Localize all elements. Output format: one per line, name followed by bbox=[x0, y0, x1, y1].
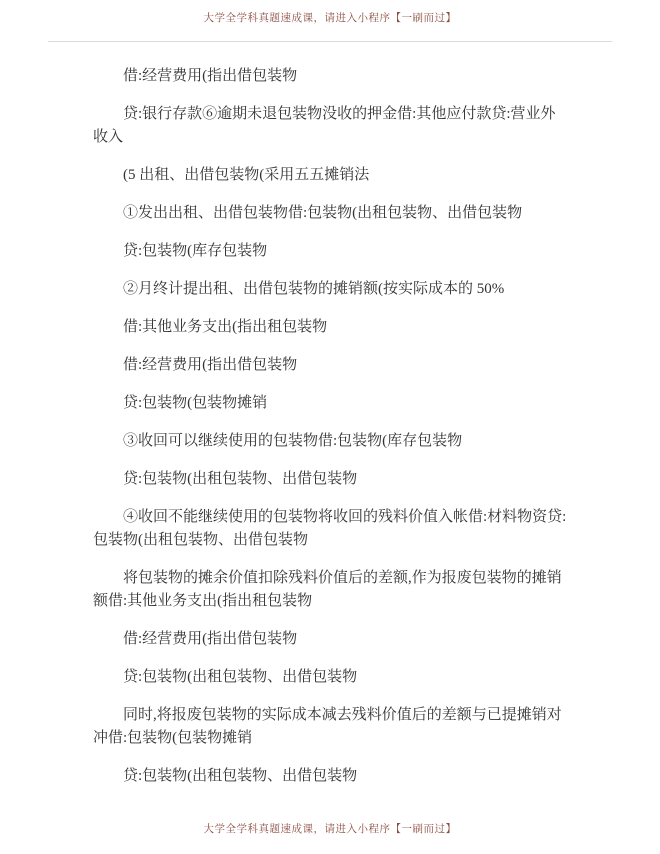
paragraph: 借:经营费用(指出借包装物 bbox=[93, 65, 567, 88]
paragraph: 借:经营费用(指出借包装物 bbox=[93, 628, 567, 651]
paragraph: ④收回不能继续使用的包装物将收回的残料价值入帐借:材料物资贷:包装物(出租包装物… bbox=[93, 506, 567, 552]
paragraph: ①发出出租、出借包装物借:包装物(出租包装物、出借包装物 bbox=[93, 202, 567, 225]
paragraph: 贷:包装物(包装物摊销 bbox=[93, 392, 567, 415]
page-footer: 大学全学科真题速成课，请进入小程序【一刷而过】 bbox=[0, 824, 660, 854]
document-body: 借:经营费用(指出借包装物 贷:银行存款⑥逾期未退包装物没收的押金借:其他应付款… bbox=[93, 42, 567, 803]
paragraph: ③收回可以继续使用的包装物借:包装物(库存包装物 bbox=[93, 430, 567, 453]
paragraph: 贷:包装物(库存包装物 bbox=[93, 240, 567, 263]
paragraph: 贷:包装物(出租包装物、出借包装物 bbox=[93, 765, 567, 788]
document-page: 大学全学科真题速成课，请进入小程序【一刷而过】 借:经营费用(指出借包装物 贷:… bbox=[0, 0, 660, 854]
paragraph: 同时,将报废包装物的实际成本减去残料价值后的差额与已提摊销对冲借:包装物(包装物… bbox=[93, 704, 567, 750]
footer-notice: 大学全学科真题速成课，请进入小程序【一刷而过】 bbox=[0, 824, 660, 836]
paragraph: ②月终计提出租、出借包装物的摊销额(按实际成本的 50% bbox=[93, 278, 567, 301]
paragraph: 贷:银行存款⑥逾期未退包装物没收的押金借:其他应付款贷:营业外收入 bbox=[93, 103, 567, 149]
header-notice: 大学全学科真题速成课，请进入小程序【一刷而过】 bbox=[0, 0, 660, 25]
paragraph: 将包装物的摊余价值扣除残料价值后的差额,作为报废包装物的摊销额借:其他业务支出(… bbox=[93, 567, 567, 613]
paragraph: (5 出租、出借包装物(采用五五摊销法 bbox=[93, 164, 567, 187]
page-header: 大学全学科真题速成课，请进入小程序【一刷而过】 bbox=[0, 0, 660, 41]
paragraph: 贷:包装物(出租包装物、出借包装物 bbox=[93, 666, 567, 689]
paragraph: 借:其他业务支出(指出租包装物 bbox=[93, 316, 567, 339]
paragraph: 贷:包装物(出租包装物、出借包装物 bbox=[93, 468, 567, 491]
paragraph: 借:经营费用(指出借包装物 bbox=[93, 354, 567, 377]
